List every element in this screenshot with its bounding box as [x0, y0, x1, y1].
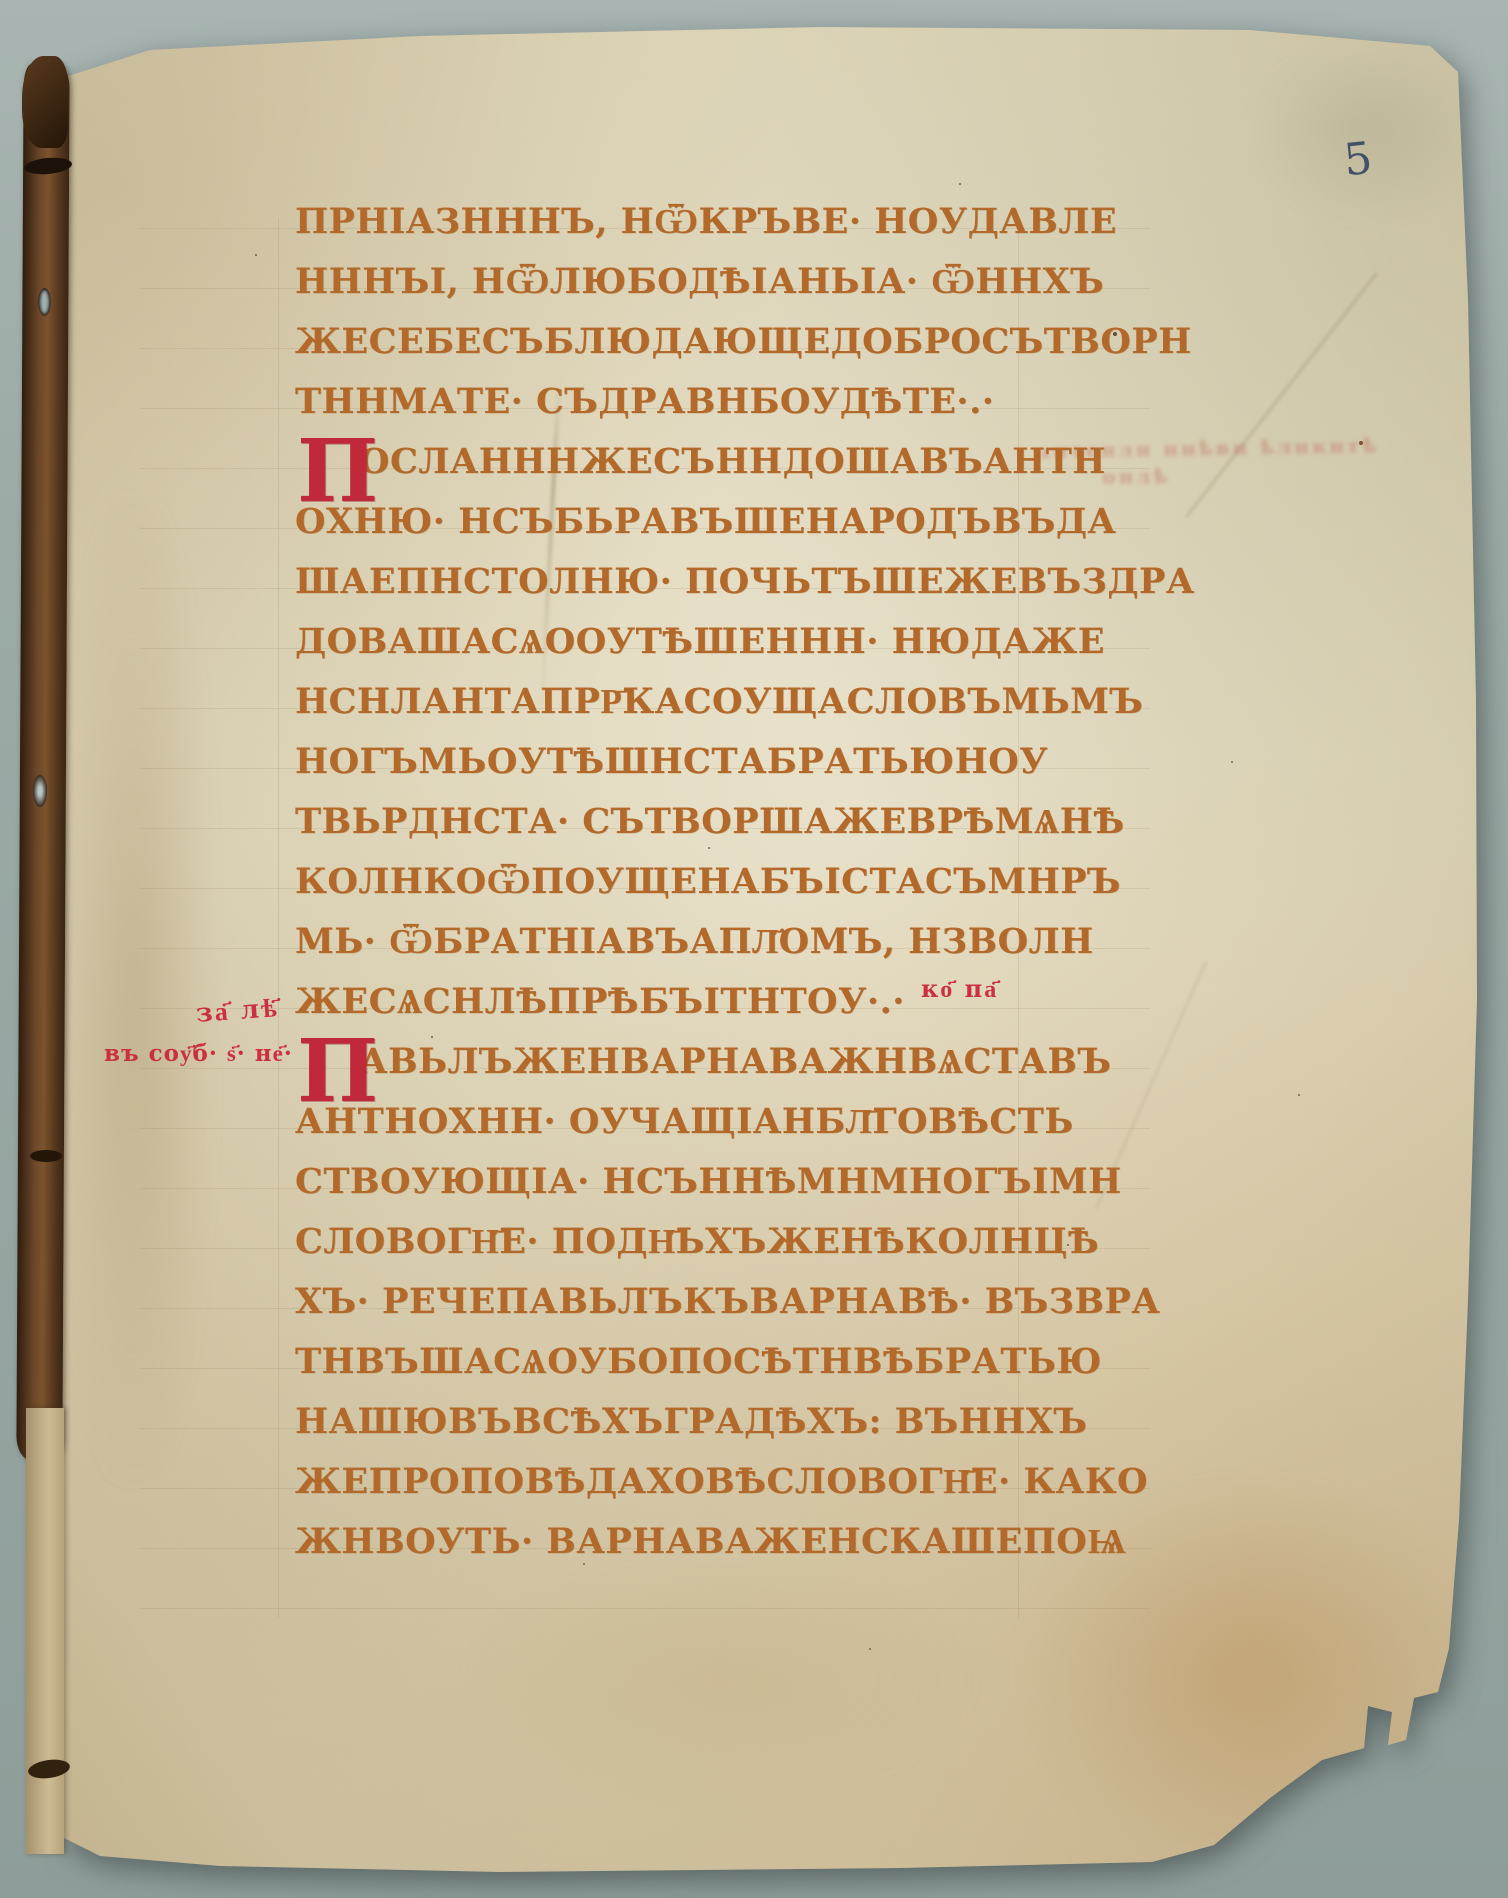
text-line: ОХНЮ· НСЪБЬРАВЪШЕНАРОДЪВЪДА	[295, 496, 1195, 556]
line-text: ТНВЪШАСѦОУБОПОСѢТНВѢБРАТЬЮ	[295, 1341, 1102, 1382]
text-block: ПРНІАЗНННЪ, НѾКРЪВЕ· НОУДАВЛЕНННЪІ, НѾЛЮ…	[295, 196, 1195, 1576]
text-line: СЛОВОГН҃Е· ПОДН҃ЬХЪЖЕНѢКОЛНЦѢ	[295, 1216, 1195, 1276]
text-line: НАШЮВЪВСѢХЪГРАДѢХЪ: ВЪННХЪ	[295, 1396, 1195, 1456]
text-line: КОЛНКОѾПОУЩЕНАБЪІСТАСЪМНРЪ	[295, 856, 1195, 916]
line-text: ЖЕСѦСНЛѢПРѢБЪІТНТОУ·.·	[295, 981, 905, 1022]
line-text: ТННМАТЕ· СЪДРАВНБОУДѢТЕ·.·	[295, 381, 994, 422]
line-text: СЛОВОГН҃Е· ПОДН҃ЬХЪЖЕНѢКОЛНЦѢ	[295, 1221, 1099, 1262]
line-text: НАШЮВЪВСѢХЪГРАДѢХЪ: ВЪННХЪ	[295, 1401, 1087, 1442]
text-line: СТВОУЮЩІА· НСЪННѢМНМНОГЪІМН	[295, 1156, 1195, 1216]
text-line: НСНЛАНТАПРР҃КАСОУЩАСЛОВЪМЬМЪ	[295, 676, 1195, 736]
text-line: ШАЕПНСТОЛНЮ· ПОЧЬТЪШЕЖЕВЪЗДРА	[295, 556, 1195, 616]
line-text: ШАЕПНСТОЛНЮ· ПОЧЬТЪШЕЖЕВЪЗДРА	[295, 561, 1195, 602]
line-text: ЖЕПРОПОВѢДАХОВѢСЛОВОГН҃Е· КАКО	[295, 1461, 1148, 1502]
line-text: НОГЪМЬОУТѢШНСТАБРАТЬЮНОУ	[295, 741, 1048, 782]
line-text: ЖЕСЕБЕСЪБЛЮДАЮЩЕДОБРОСЪТВОРН	[295, 321, 1192, 362]
parchment-page: ѧнтєнлн ннѣвн ѣлнкнтѣ онлѣ 5 за҃ лѣ҃ въ …	[0, 0, 1508, 1898]
line-text: ОХНЮ· НСЪБЬРАВЪШЕНАРОДЪВЪДА	[295, 501, 1116, 542]
binding-stitch-hole	[33, 775, 47, 807]
margin-rubric-note-bottom: въ соу҃б· ѕ҃· не҃·	[104, 1040, 293, 1067]
text-line: ПРНІАЗНННЪ, НѾКРЪВЕ· НОУДАВЛЕ	[295, 196, 1195, 256]
ruling-vertical-left	[278, 218, 279, 1618]
text-line: МЬ· ѾБРАТНІАВЪАПЛ҃ОМЪ, НЗВОЛН	[295, 916, 1195, 976]
line-text: АНТНОХНН· ОУЧАЩІАНБЛ҃ГОВѢСТЬ	[295, 1101, 1074, 1142]
line-text: ПРНІАЗНННЪ, НѾКРЪВЕ· НОУДАВЛЕ	[295, 201, 1117, 242]
text-line: ЖЕСЕБЕСЪБЛЮДАЮЩЕДОБРОСЪТВОРН	[295, 316, 1195, 376]
text-line: АНТНОХНН· ОУЧАЩІАНБЛ҃ГОВѢСТЬ	[295, 1096, 1195, 1156]
line-text: НННЪІ, НѾЛЮБОДѢІАНЬІА· ѾННХЪ	[295, 261, 1104, 302]
text-line: ЖНВОУТЬ· ВАРНАВАЖЕНСКАШЕПОѨ	[295, 1516, 1195, 1576]
line-text: АВЬЛЪЖЕНВАРНАВАЖНВѦСТАВЪ	[359, 1041, 1111, 1082]
rubric-inline-note: ко҃ па҃	[921, 974, 998, 1003]
line-text: КОЛНКОѾПОУЩЕНАБЪІСТАСЪМНРЪ	[295, 861, 1121, 902]
margin-rubric-note-top: за҃ лѣ҃	[195, 993, 279, 1029]
line-text: ОСЛАНННЖЕСЪННДОШАВЪАНТН	[359, 441, 1106, 482]
text-line: НННЪІ, НѾЛЮБОДѢІАНЬІА· ѾННХЪ	[295, 256, 1195, 316]
binding-hole	[38, 288, 51, 316]
binding-notch	[30, 1150, 62, 1162]
line-text: СТВОУЮЩІА· НСЪННѢМНМНОГЪІМН	[295, 1161, 1122, 1202]
line-text: ТВЬРДНСТА· СЪТВОРШАЖЕВРѢМѦНѢ	[295, 801, 1125, 842]
line-text: ЖНВОУТЬ· ВАРНАВАЖЕНСКАШЕПОѨ	[295, 1521, 1126, 1562]
text-line: ХЪ· РЕЧЕПАВЬЛЪКЪВАРНАВѢ· ВЪЗВРА	[295, 1276, 1195, 1336]
binding-strap	[16, 64, 69, 1460]
line-text: ДОВАШАСѦООУТѢШЕННН· НЮДАЖЕ	[295, 621, 1105, 662]
text-line: ПАВЬЛЪЖЕНВАРНАВАЖНВѦСТАВЪ	[295, 1036, 1195, 1096]
folio-number: 5	[1341, 133, 1374, 187]
text-line: ДОВАШАСѦООУТѢШЕННН· НЮДАЖЕ	[295, 616, 1195, 676]
page-shadow: ѧнтєнлн ннѣвн ѣлнкнтѣ онлѣ 5 за҃ лѣ҃ въ …	[0, 0, 1508, 1898]
text-line: ТННМАТЕ· СЪДРАВНБОУДѢТЕ·.·	[295, 376, 1195, 436]
line-text: МЬ· ѾБРАТНІАВЪАПЛ҃ОМЪ, НЗВОЛН	[295, 921, 1094, 962]
text-line: ПОСЛАНННЖЕСЪННДОШАВЪАНТН	[295, 436, 1195, 496]
text-line: ТНВЪШАСѦОУБОПОСѢТНВѢБРАТЬЮ	[295, 1336, 1195, 1396]
line-text: ХЪ· РЕЧЕПАВЬЛЪКЪВАРНАВѢ· ВЪЗВРА	[295, 1281, 1160, 1322]
binding-flap	[22, 56, 68, 148]
text-line: НОГЪМЬОУТѢШНСТАБРАТЬЮНОУ	[295, 736, 1195, 796]
text-line: ТВЬРДНСТА· СЪТВОРШАЖЕВРѢМѦНѢ	[295, 796, 1195, 856]
scan-background: { "document": { "type": "medieval parchm…	[0, 0, 1508, 1898]
stain-top-right	[1250, 40, 1490, 220]
ink-specks	[0, 0, 4, 4]
text-line: ЖЕСѦСНЛѢПРѢБЪІТНТОУ·.·ко҃ па҃	[295, 976, 1195, 1036]
text-line: ЖЕПРОПОВѢДАХОВѢСЛОВОГН҃Е· КАКО	[295, 1456, 1195, 1516]
under-folio-edge	[26, 1408, 64, 1854]
line-text: НСНЛАНТАПРР҃КАСОУЩАСЛОВЪМЬМЪ	[295, 681, 1143, 722]
